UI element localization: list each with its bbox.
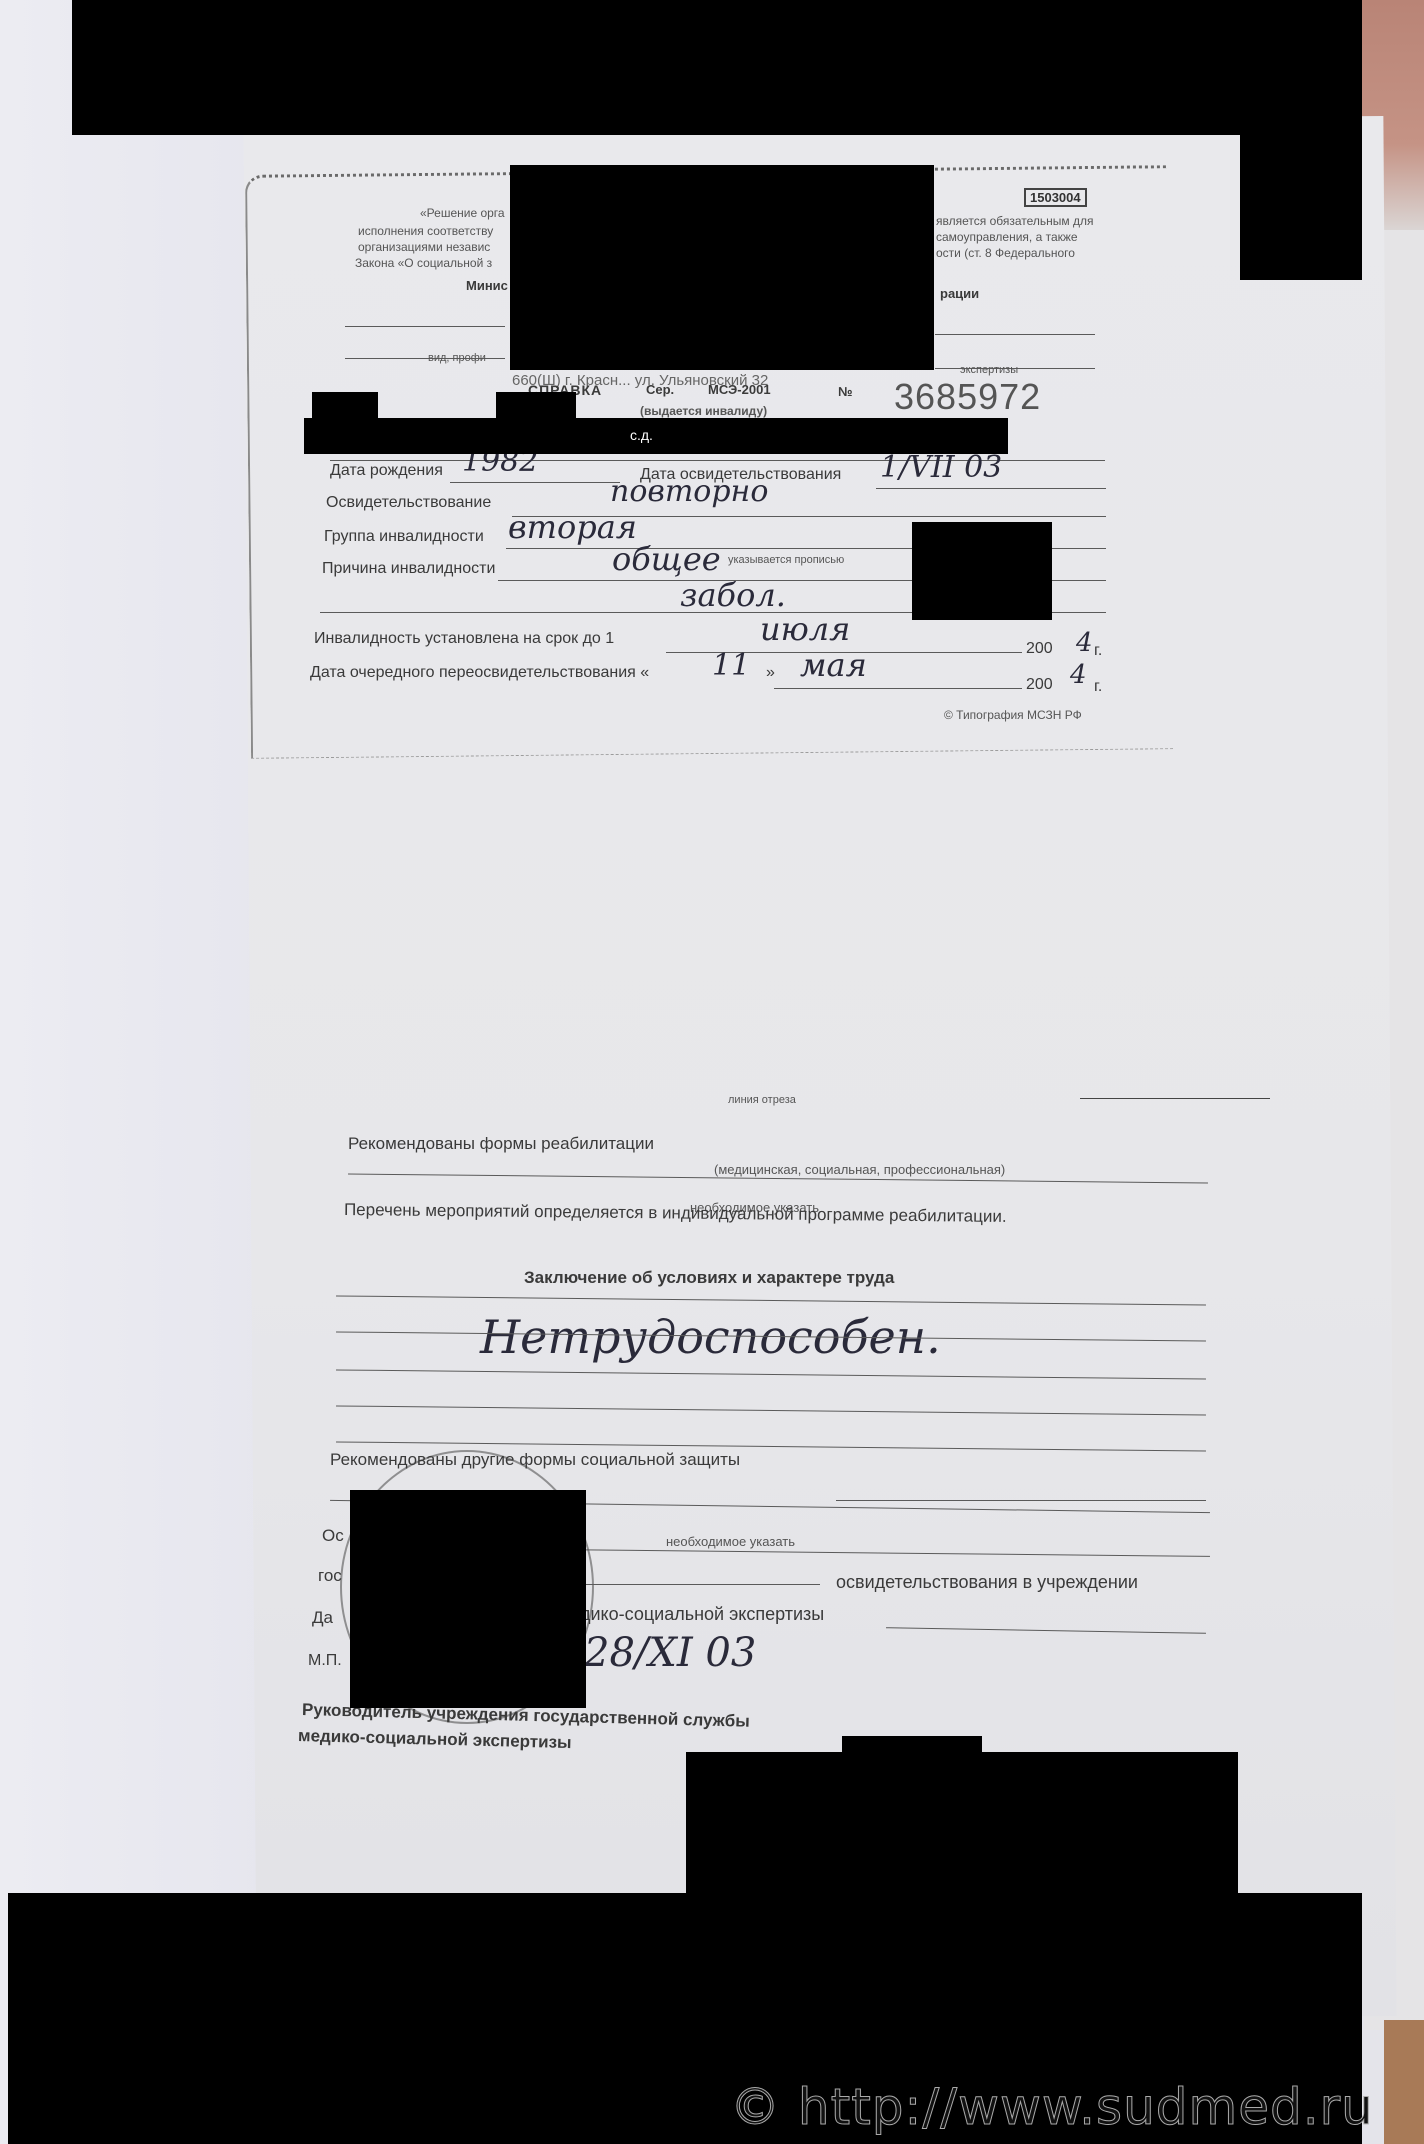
- preamble-line-2: исполнения соответству: [358, 224, 493, 238]
- issued-to: (выдается инвалиду): [640, 404, 767, 418]
- field-value-exam-type: повторно: [610, 474, 768, 509]
- form-code: 1503004: [1024, 188, 1087, 207]
- preamble-right-1: является обязательным для: [936, 214, 1094, 228]
- field-label-exam-type: Освидетельствование: [326, 494, 491, 512]
- redaction-top: [72, 0, 1362, 135]
- ministry-right: рации: [940, 286, 979, 301]
- rehab-label: Рекомендованы формы реабилитации: [348, 1134, 654, 1154]
- rule: [836, 1500, 1206, 1501]
- date-value: 28/XI 03: [584, 1630, 756, 1676]
- redaction-cause: [912, 522, 1052, 620]
- must-specify-2: необходимое указать: [666, 1534, 795, 1549]
- reexam-year-digit: 4: [1070, 660, 1087, 690]
- field-label-cause: Причина инвалидности: [322, 560, 495, 578]
- reexam-month: мая: [800, 646, 867, 684]
- rule: [345, 326, 505, 327]
- redaction-top-right: [1240, 120, 1362, 280]
- cut-line-label: линия отреза: [728, 1094, 796, 1106]
- desk-wood: [1384, 2020, 1424, 2144]
- sub-caption-left: вид, профи: [428, 352, 486, 364]
- certificate-number: 3685972: [894, 376, 1041, 418]
- preamble-line-3: организациями независ: [358, 240, 490, 254]
- redaction-header: [510, 165, 934, 370]
- rule: [774, 688, 1022, 689]
- redaction-stamp: [350, 1490, 586, 1708]
- cut-line: [1080, 1098, 1270, 1099]
- reexam-label: Дата очередного переосвидетельствования …: [310, 664, 649, 682]
- partial-text-1: Ос: [322, 1526, 344, 1546]
- field-value-cause-cont: забол.: [680, 576, 786, 614]
- watermark: © http://www.sudmed.ru: [730, 2078, 1374, 2136]
- field-note-cause: указывается прописью: [728, 554, 844, 566]
- partial-text-2: гос: [318, 1566, 342, 1586]
- valid-until-label: Инвалидность установлена на срок до 1: [314, 630, 614, 648]
- reexam-year-prefix: 200: [1026, 676, 1053, 694]
- preamble-line-4: Закона «О социальной з: [355, 256, 492, 270]
- rule: [935, 334, 1095, 335]
- reexam-close-quote: »: [766, 664, 775, 682]
- redaction-name: с.д.: [304, 418, 1008, 454]
- preamble-line-1: «Решение орга: [420, 206, 505, 220]
- preamble-right-2: самоуправления, а также: [936, 230, 1078, 244]
- redaction-signature: [686, 1752, 1238, 1898]
- redacted-name-hint: с.д.: [630, 427, 653, 443]
- valid-until-suffix: г.: [1094, 642, 1102, 660]
- reexam-suffix: г.: [1094, 678, 1102, 696]
- valid-until-year-prefix: 200: [1026, 640, 1053, 658]
- printer-credit: © Типография МСЗН РФ: [944, 708, 1082, 722]
- background-left: [0, 0, 280, 2144]
- sub-caption-right: экспертизы: [960, 364, 1018, 376]
- number-label: №: [838, 384, 853, 399]
- conclusion-title: Заключение об условиях и характере труда: [524, 1268, 894, 1288]
- series-value: МСЭ-2001: [708, 382, 771, 397]
- rule: [876, 488, 1106, 489]
- social-label: Рекомендованы другие формы социальной за…: [330, 1450, 740, 1470]
- field-value-cause: общее: [612, 540, 721, 578]
- stamp-place-label: М.П.: [308, 1652, 342, 1670]
- ministry-left: Минис: [466, 278, 508, 293]
- expertise-text: дико-социальной экспертизы: [580, 1604, 824, 1625]
- rule: [450, 482, 620, 483]
- date-label-partial: Да: [312, 1608, 333, 1628]
- rehab-note: (медицинская, социальная, профессиональн…: [714, 1162, 1005, 1177]
- field-value-exam-date: 1/VII 03: [880, 450, 1002, 485]
- valid-until-month: июля: [760, 610, 850, 648]
- field-label-group: Группа инвалидности: [324, 528, 484, 546]
- valid-until-year-digit: 4: [1076, 628, 1093, 658]
- reexam-day: 11: [712, 648, 750, 683]
- preamble-right-3: ости (ст. 8 Федерального: [936, 246, 1075, 260]
- exam-place: освидетельствования в учреждении: [836, 1572, 1138, 1593]
- field-label-birthdate: Дата рождения: [330, 462, 443, 480]
- series-label: Сер.: [646, 382, 674, 397]
